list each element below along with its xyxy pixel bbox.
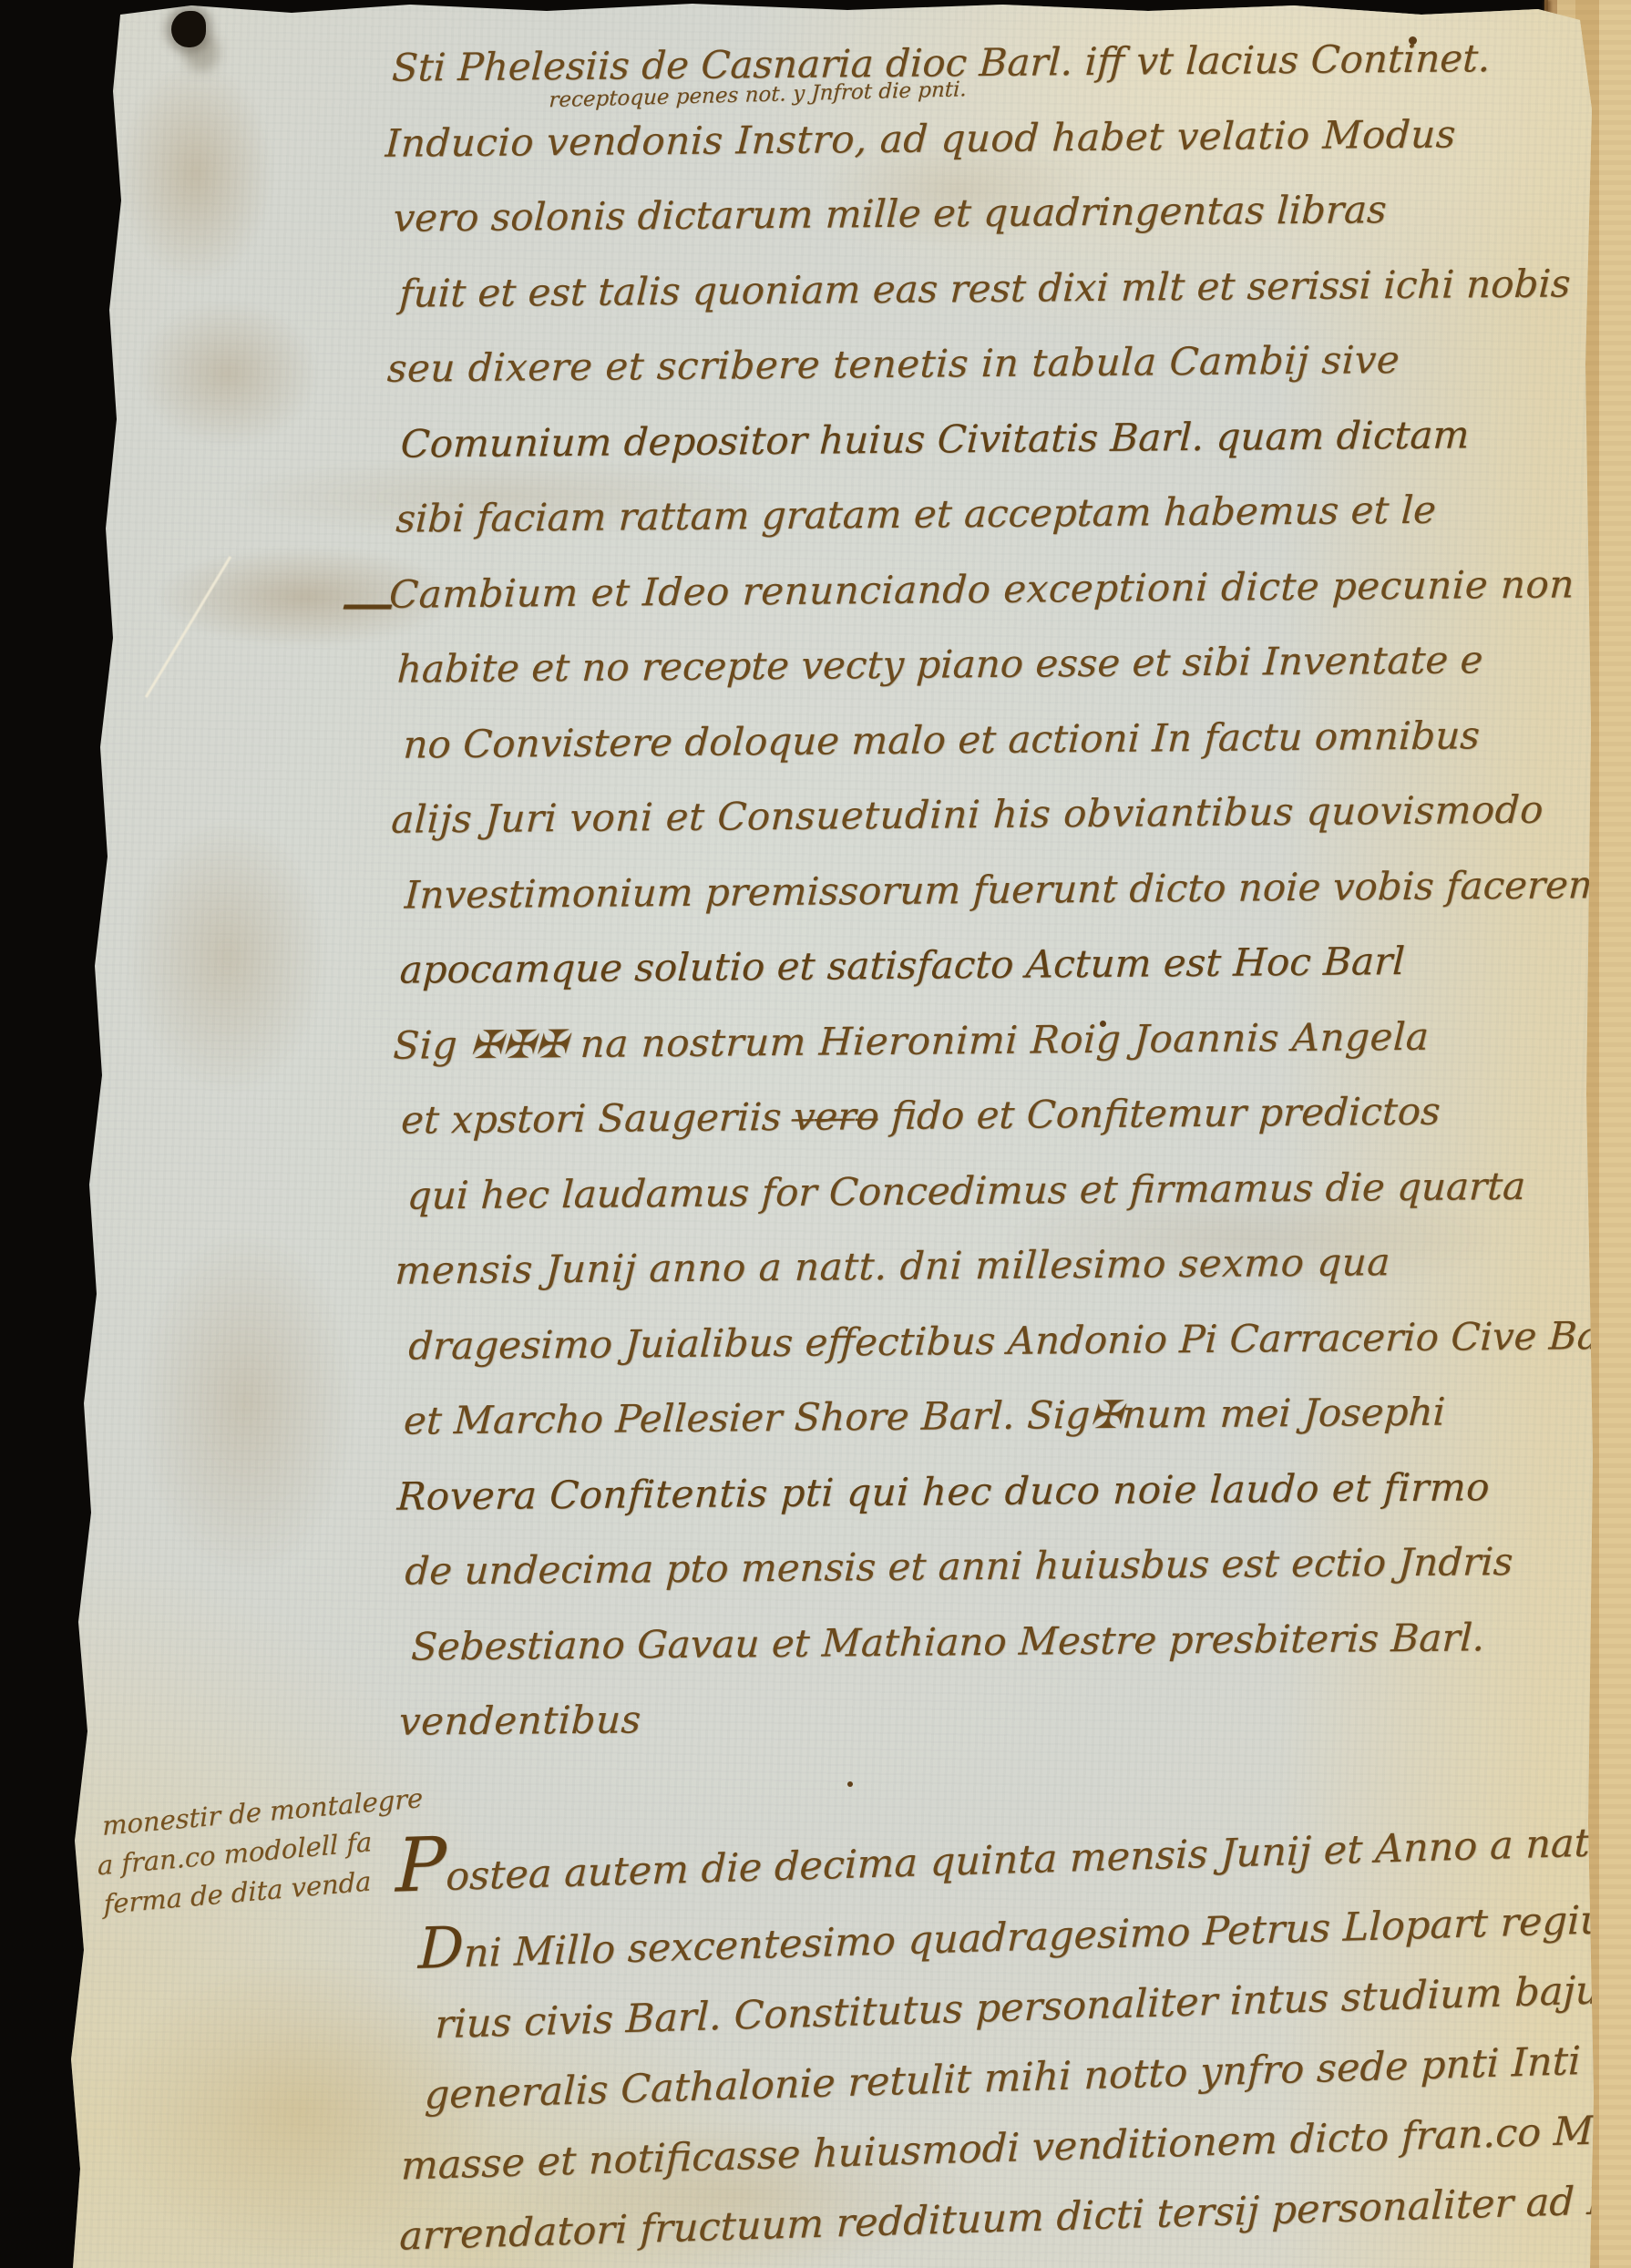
manuscript-line: et Marcho Pellesier Shore Barl. Sig✠num …	[402, 1373, 1590, 1459]
manuscript-line: mensis Junij anno a natt. dni millesimo …	[394, 1223, 1589, 1308]
ink-showthrough	[137, 1230, 355, 1576]
manuscript-line: no Convistere doloque malo et actioni In…	[402, 697, 1585, 783]
manuscript-line: habite et no recepte vecty piano esse et…	[395, 621, 1584, 707]
manuscript-line: de undecima pto mensis et anni huiusbus …	[404, 1524, 1592, 1609]
manuscript-line: Sebestiano Gavau et Mathiano Mestre pres…	[409, 1599, 1592, 1685]
ink-blot-hole	[171, 11, 206, 47]
manuscript-line: Sig ✠✠✠ na nostrum Hieronimi Roig Joanni…	[392, 998, 1587, 1083]
ink-dot	[847, 1781, 853, 1787]
manuscript-line: Comunium depositor huius Civitatis Barl.…	[399, 396, 1582, 482]
paper-crease-scratch	[145, 556, 231, 698]
manuscript-line: Cambium et Ideo renunciando exceptioni d…	[387, 547, 1583, 632]
main-text-block: receptoque penes not. y Jnfrot die pnti.…	[392, 20, 1592, 1760]
manuscript-line: et xpstori Saugeriis v̶e̶r̶o̶ fido et Co…	[399, 1072, 1587, 1158]
manuscript-line: alijs Juri voni et Consuetudini his obvi…	[390, 772, 1585, 857]
manuscript-line: seu dixere et scribere tenetis in tabula…	[385, 321, 1581, 406]
manuscript-line: dragesimo Juialibus effectibus Andonio P…	[407, 1298, 1590, 1384]
manuscript-line: Sti Phelesiis de Casnaria dioc Barl. iff…	[390, 20, 1578, 106]
manuscript-line: sibi faciam rattam gratam et acceptam ha…	[395, 471, 1583, 557]
manuscript-line: apocamque solutio et satisfacto Actum es…	[398, 922, 1586, 1008]
manuscript-photo: — receptoque penes not. y Jnfrot die pnt…	[0, 0, 1631, 2268]
manuscript-line: Investimonium premissorum fuerunt dicto …	[403, 847, 1585, 933]
manuscript-line: vero solonis dictarum mille et quadringe…	[392, 170, 1580, 256]
manuscript-line: qui hec laudamus for Concedimus et firma…	[405, 1148, 1588, 1234]
manuscript-line: vendentibus	[397, 1674, 1593, 1760]
manuscript-line: Rovera Confitentis pti qui hec duco noie…	[395, 1449, 1591, 1534]
manuscript-page: — receptoque penes not. y Jnfrot die pnt…	[0, 0, 1596, 2268]
postscript-text-block: Postea autem die decima quinta mensis Ju…	[387, 1795, 1612, 2268]
manuscript-line: fuit et est talis quoniam eas rest dixi …	[397, 246, 1580, 332]
ink-showthrough	[118, 64, 273, 282]
ink-showthrough	[137, 301, 319, 446]
manuscript-line: Inducio vendonis Instro, ad quod habet v…	[384, 96, 1579, 181]
ink-showthrough	[128, 820, 328, 1093]
